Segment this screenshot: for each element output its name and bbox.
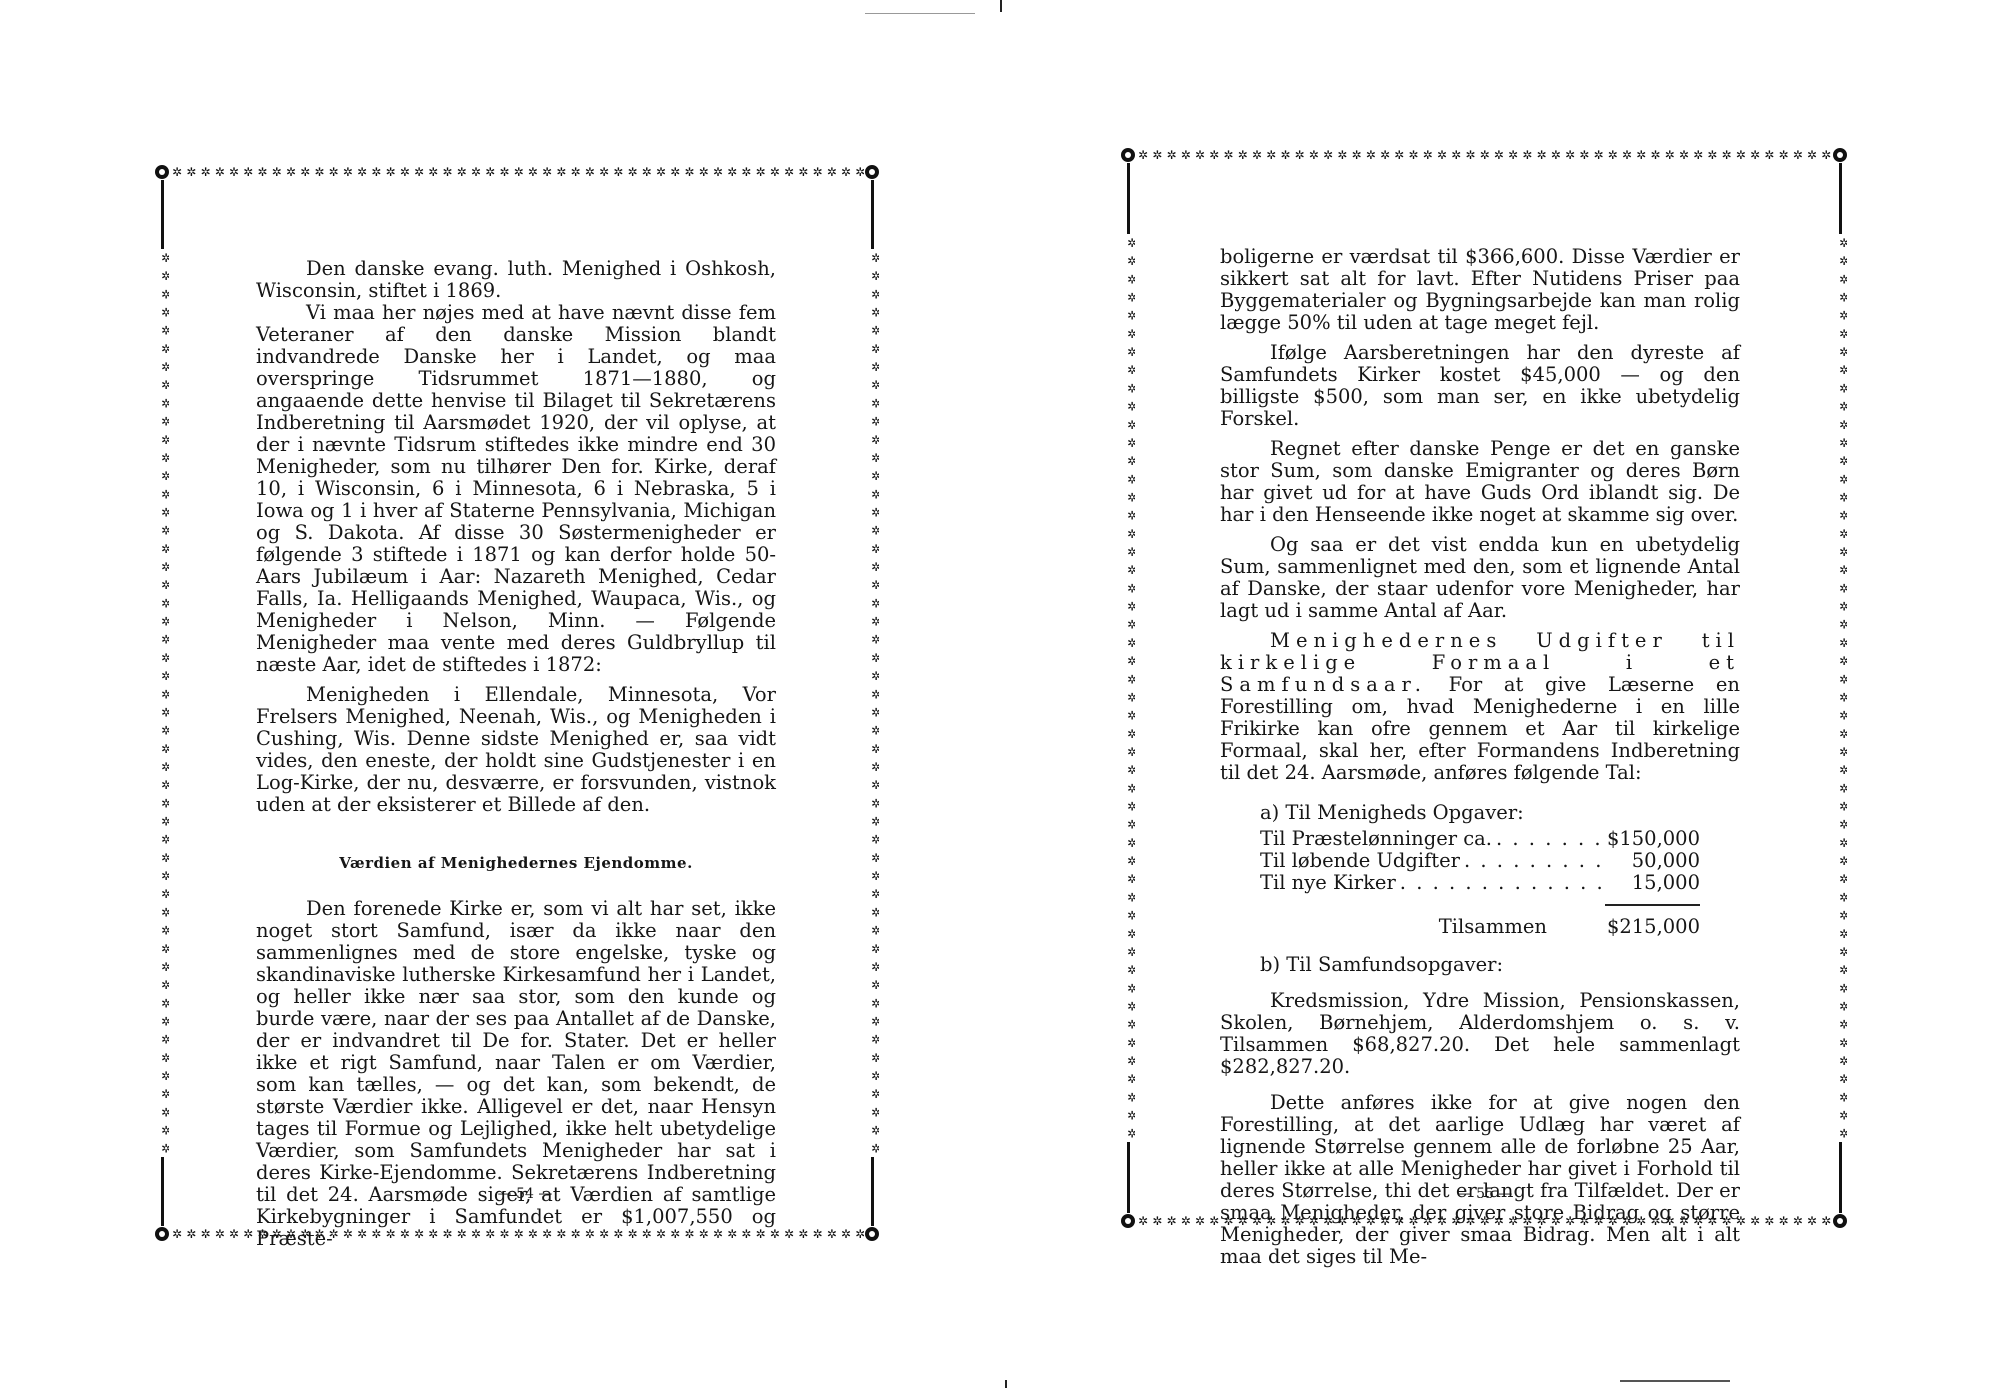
paragraph: Kredsmission, Ydre Mission, Pensionskass…: [1220, 990, 1740, 1078]
leader-dots: . . . . . . . . . . . . . . . . . . . . …: [1464, 850, 1608, 872]
border-left-ornament: ✲ ✲ ✲ ✲ ✲ ✲ ✲ ✲ ✲ ✲ ✲ ✲ ✲ ✲ ✲ ✲ ✲ ✲ ✲ ✲ …: [1121, 163, 1135, 1213]
paragraph: Og saa er det vist endda kun en ubetydel…: [1220, 534, 1740, 622]
scan-artifact-bottom: [1620, 1380, 1730, 1382]
ledger-amount: 50,000: [1612, 850, 1700, 872]
ledger-label: Til nye Kirker: [1260, 872, 1396, 894]
border-top-ornament: ✲ ✲ ✲ ✲ ✲ ✲ ✲ ✲ ✲ ✲ ✲ ✲ ✲ ✲ ✲ ✲ ✲ ✲ ✲ ✲ …: [170, 165, 864, 179]
ledger-total: Tilsammen $215,000: [1260, 916, 1700, 942]
sum-rule: [1605, 904, 1700, 906]
paragraph: Vi maa her nøjes med at have nævnt disse…: [256, 302, 776, 676]
corner-rosette-icon: [1833, 1214, 1847, 1228]
border-left-ornament: ✲ ✲ ✲ ✲ ✲ ✲ ✲ ✲ ✲ ✲ ✲ ✲ ✲ ✲ ✲ ✲ ✲ ✲ ✲ ✲ …: [155, 180, 169, 1226]
section-heading: Værdien af Menighedernes Ejendomme.: [256, 852, 776, 874]
ledger-row: Til Præstelønninger ca. . . . . . . . . …: [1260, 828, 1700, 850]
section-b-label: b) Til Samfundsopgaver:: [1260, 954, 1740, 976]
paragraph: boligerne er værdsat til $366,600. Disse…: [1220, 246, 1740, 334]
corner-rosette-icon: [155, 1227, 169, 1241]
section-a-label: a) Til Menigheds Opgaver:: [1260, 802, 1740, 824]
scan-artifact-top: [865, 13, 975, 14]
ledger-label: Til Præstelønninger ca.: [1260, 828, 1492, 850]
ledger-amount: 15,000: [1612, 872, 1700, 894]
page-number: — 55 —: [1385, 1186, 1585, 1202]
left-page-body: Den danske evang. luth. Menighed i Oshko…: [256, 258, 776, 1250]
ledger-amount: $150,000: [1607, 828, 1700, 850]
corner-rosette-icon: [865, 165, 879, 179]
paragraph: Menigheden i Ellendale, Minnesota, Vor F…: [256, 684, 776, 816]
border-right-ornament: ✲ ✲ ✲ ✲ ✲ ✲ ✲ ✲ ✲ ✲ ✲ ✲ ✲ ✲ ✲ ✲ ✲ ✲ ✲ ✲ …: [865, 180, 879, 1226]
corner-rosette-icon: [1833, 148, 1847, 162]
right-page-body: boligerne er værdsat til $366,600. Disse…: [1220, 246, 1740, 1268]
corner-rosette-icon: [865, 1227, 879, 1241]
total-amount: $215,000: [1607, 916, 1700, 942]
paragraph: Dette anføres ikke for at give nogen den…: [1220, 1092, 1740, 1268]
expense-ledger: Til Præstelønninger ca. . . . . . . . . …: [1260, 828, 1700, 942]
corner-rosette-icon: [1121, 148, 1135, 162]
total-label: Tilsammen: [1439, 916, 1547, 942]
paragraph: Regnet efter danske Penge er det en gans…: [1220, 438, 1740, 526]
leader-dots: . . . . . . . . . . . . . . . . . . . . …: [1400, 872, 1608, 894]
paragraph-spaced-lead: Menighedernes Udgifter til kirkelige For…: [1220, 630, 1740, 784]
ledger-row: Til løbende Udgifter . . . . . . . . . .…: [1260, 850, 1700, 872]
scan-artifact-top: [1000, 0, 1002, 12]
ledger-row: Til nye Kirker . . . . . . . . . . . . .…: [1260, 872, 1700, 894]
scan-artifact-gutter: [1005, 1380, 1007, 1388]
leader-dots: . . . . . . . . . . . . . . . . . . . . …: [1496, 828, 1603, 850]
border-top-ornament: ✲ ✲ ✲ ✲ ✲ ✲ ✲ ✲ ✲ ✲ ✲ ✲ ✲ ✲ ✲ ✲ ✲ ✲ ✲ ✲ …: [1136, 148, 1832, 162]
ledger-label: Til løbende Udgifter: [1260, 850, 1460, 872]
corner-rosette-icon: [1121, 1214, 1135, 1228]
paragraph: Ifølge Aarsberetningen har den dyreste a…: [1220, 342, 1740, 430]
paragraph: Den danske evang. luth. Menighed i Oshko…: [256, 258, 776, 302]
page-number: — 54 —: [425, 1186, 625, 1202]
border-right-ornament: ✲ ✲ ✲ ✲ ✲ ✲ ✲ ✲ ✲ ✲ ✲ ✲ ✲ ✲ ✲ ✲ ✲ ✲ ✲ ✲ …: [1833, 163, 1847, 1213]
corner-rosette-icon: [155, 165, 169, 179]
